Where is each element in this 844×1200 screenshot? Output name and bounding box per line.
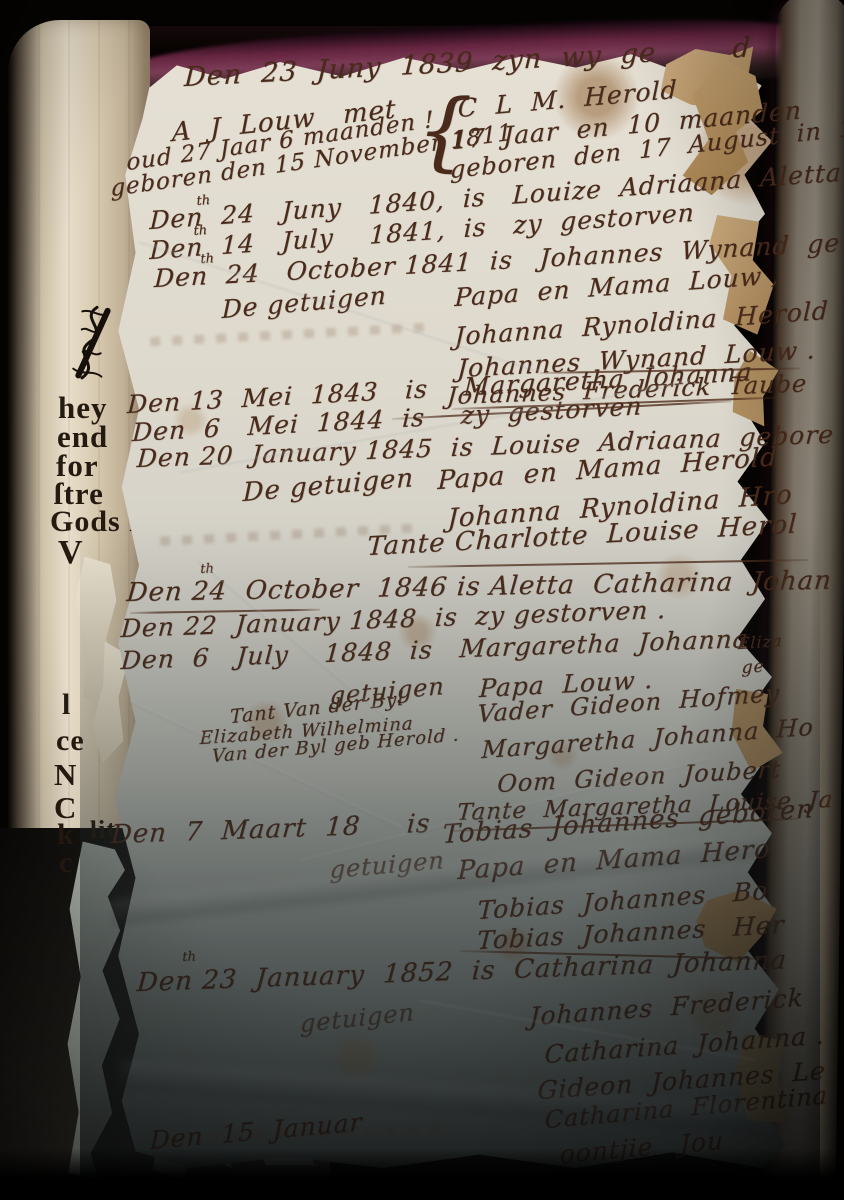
printed-fragment: N: [54, 757, 77, 793]
photo-of-manuscript-page: hey end for ſtre Gods H V l ce N C k c l…: [0, 0, 844, 1200]
printed-fragment: V: [58, 534, 84, 572]
date-superscript: th: [200, 251, 214, 267]
date-superscript: th: [193, 223, 208, 239]
date-superscript: th: [196, 193, 211, 209]
manuscript-line: ge: [741, 656, 765, 678]
manuscript-line: Eliza: [737, 631, 782, 653]
printed-fragment: l: [62, 688, 71, 722]
printed-fragment: ce: [56, 724, 85, 758]
date-superscript: th: [200, 562, 214, 577]
printed-fragment: c: [59, 846, 73, 880]
date-superscript: th: [182, 950, 196, 965]
